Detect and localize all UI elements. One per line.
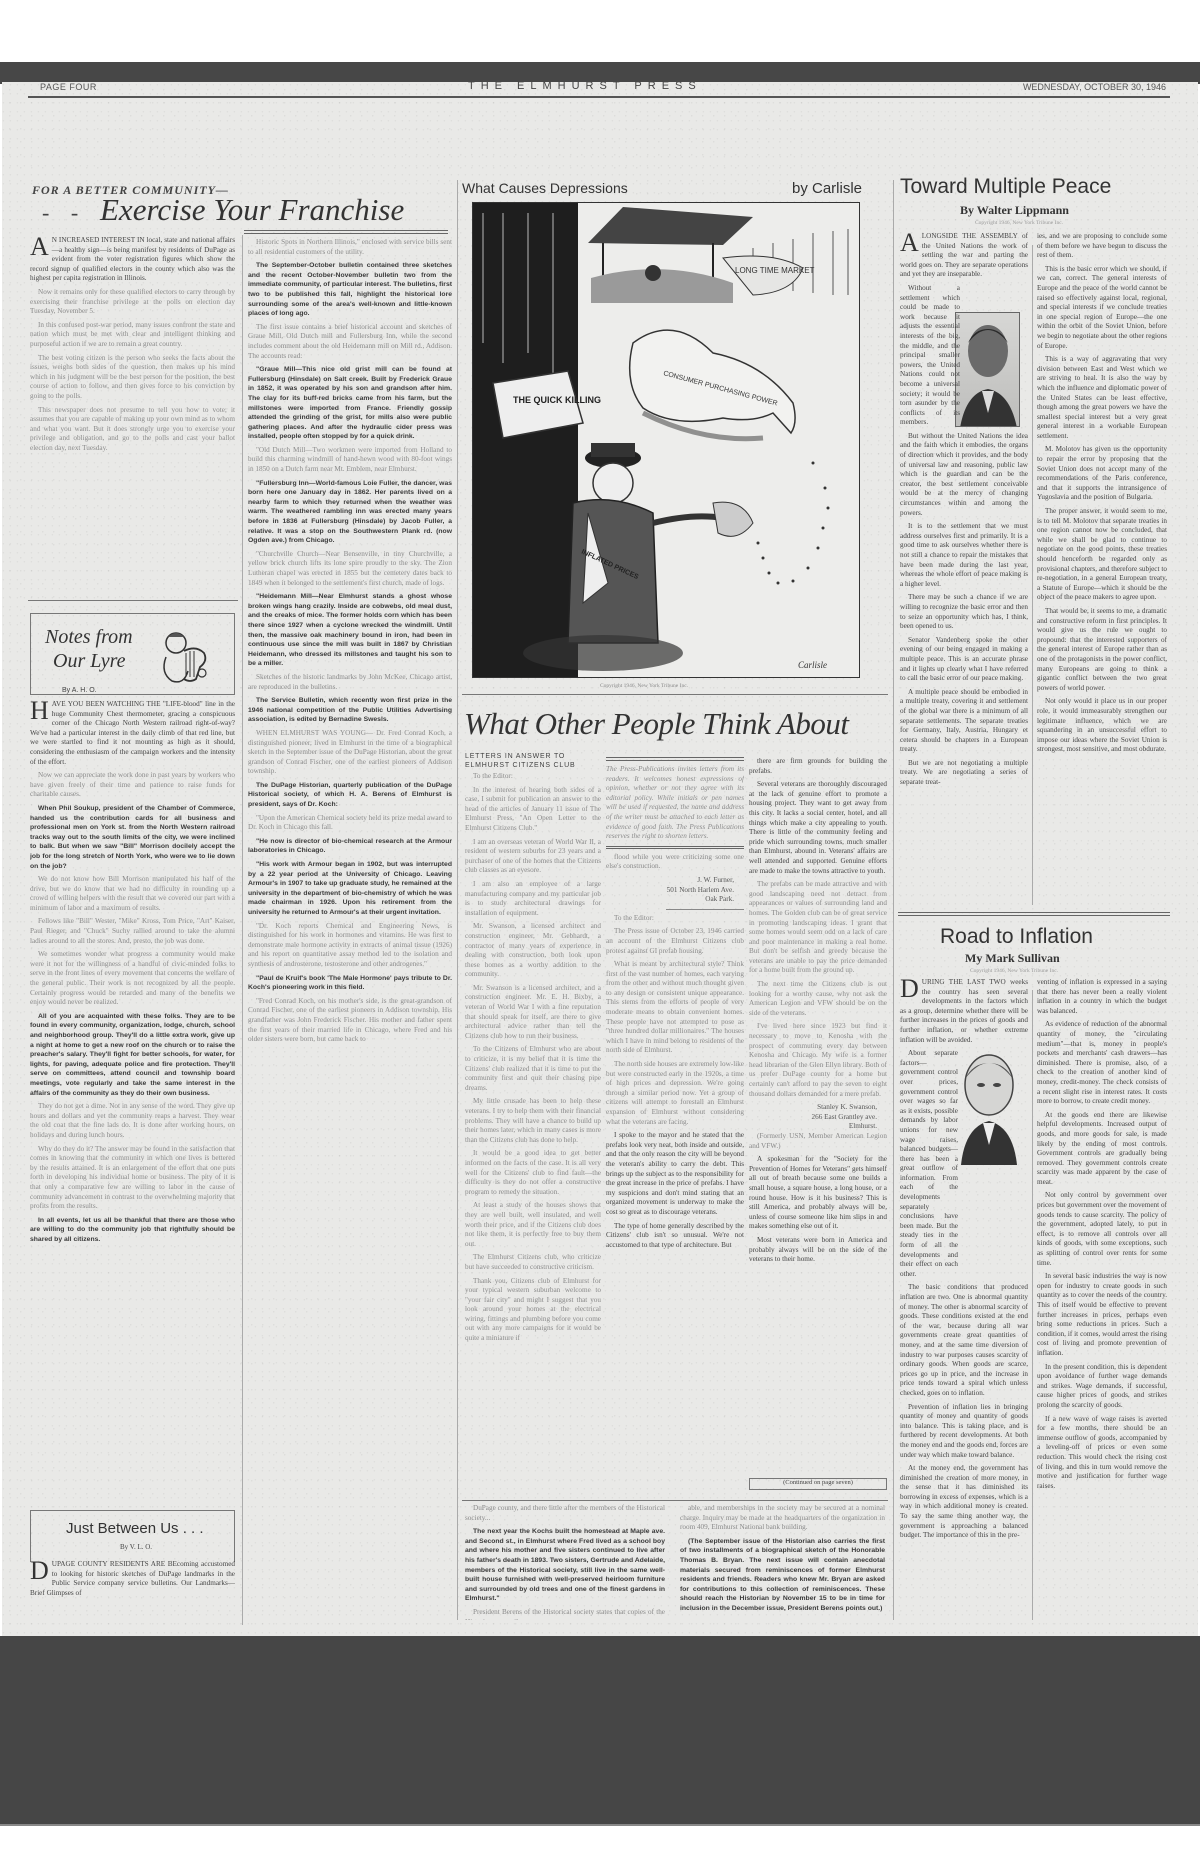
sullivan-col-1: DURING THE LAST TWO weeks the country ha…: [900, 978, 1028, 1623]
title-dashes: - -: [42, 200, 86, 226]
page-label: PAGE FOUR: [40, 82, 97, 92]
sullivan-copyright: Copyright 1946, New York Tribune Inc.: [970, 968, 1058, 974]
lippmann-byline: By Walter Lippmann: [960, 203, 1069, 218]
cartoon-headline: What Causes Depressions: [462, 180, 628, 196]
letters-col-2: The Press-Publications invites letters f…: [606, 765, 744, 1500]
koch-continued-body: DuPage county, and there little after th…: [465, 1504, 665, 1620]
sullivan-title: Road to Inflation: [940, 925, 1093, 949]
historic-spots-body: Historic Spots in Northern Illinois," en…: [248, 238, 452, 1623]
column-divider: [457, 180, 458, 1620]
column-divider: [1032, 990, 1033, 1620]
jbu-title: Just Between Us . . .: [66, 1520, 204, 1537]
market-label: LONG TIME MARKET: [735, 266, 815, 275]
sullivan-byline: My Mark Sullivan: [965, 951, 1060, 966]
editor-note-rule: [606, 757, 744, 761]
cartoonist-signature: Carlisle: [798, 660, 827, 670]
cartoon-byline: by Carlisle: [792, 180, 862, 197]
column-divider: [242, 235, 243, 1625]
letters-col-3: there are firm grounds for building the …: [749, 757, 887, 1497]
lippmann-col-1: ALONGSIDE THE ASSEMBLY of the United Nat…: [900, 232, 1028, 904]
editorial-title: Exercise Your Franchise: [100, 192, 404, 228]
newspaper-name: THE ELMHURST PRESS: [468, 80, 702, 92]
section-rule: [462, 694, 888, 695]
historian-note-body: able, and memberships in the society may…: [680, 1504, 885, 1620]
editorial-cartoon: LONG TIME MARKET CONSUMER PURCHASING POW…: [472, 202, 860, 678]
letter-signature: Stanley K. Swanson, 266 East Grantley av…: [749, 1103, 887, 1132]
cartoon-illustration-icon: LONG TIME MARKET CONSUMER PURCHASING POW…: [473, 203, 860, 678]
issue-date: WEDNESDAY, OCTOBER 30, 1946: [1023, 82, 1166, 92]
section-rule: [28, 600, 238, 601]
cartoon-copyright: Copyright 1946, New York Tribune Inc.: [600, 683, 688, 689]
lippmann-col-2: ies, and we are proposing to conclude so…: [1037, 232, 1167, 904]
lyre-title: Notes from Our Lyre: [45, 625, 133, 673]
lyre-body: HAVE YOU BEEN WATCHING THE "LIFE-blood" …: [30, 700, 235, 1507]
dropcap: A: [30, 236, 49, 258]
jbu-byline: By V. L. O.: [120, 1543, 152, 1551]
lippmann-copyright: Copyright 1946, New York Tribune Inc.: [975, 220, 1063, 226]
sign-label: THE QUICK KILLING: [513, 395, 601, 405]
continued-notice: (Continued on page seven): [750, 1479, 886, 1486]
section-rule: [898, 912, 1170, 916]
masthead: PAGE FOUR THE ELMHURST PRESS WEDNESDAY, …: [28, 76, 1170, 98]
cherub-lyre-icon: [150, 627, 212, 689]
continued-notice-box: (Continued on page seven): [749, 1478, 887, 1490]
editorial-body: AN INCREASED INTEREST IN local, state an…: [30, 236, 235, 598]
title-rule: [244, 230, 448, 234]
lyre-byline: By A. H. O.: [62, 687, 97, 694]
letter-signature: J. W. Furner, 501 North Harlem Ave. Oak …: [606, 876, 744, 905]
lippmann-title: Toward Multiple Peace: [900, 175, 1111, 199]
section-rule: [462, 1500, 888, 1501]
letters-col-1: To the Editor: In the interest of hearin…: [465, 772, 601, 1497]
letters-section-title: What Other People Think About: [464, 706, 848, 742]
jbu-body: DUPAGE COUNTY RESIDENTS ARE BEcoming acc…: [30, 1560, 235, 1620]
letter-headline: LETTERS IN ANSWER TO ELMHURST CITIZENS C…: [465, 752, 575, 770]
scan-border-bottom: [0, 1636, 1200, 1826]
column-divider: [1032, 245, 1033, 905]
editor-note: The Press-Publications invites letters f…: [606, 765, 744, 842]
column-divider: [893, 180, 894, 1620]
sullivan-col-2: venting of inflation is expressed in a s…: [1037, 978, 1167, 1618]
